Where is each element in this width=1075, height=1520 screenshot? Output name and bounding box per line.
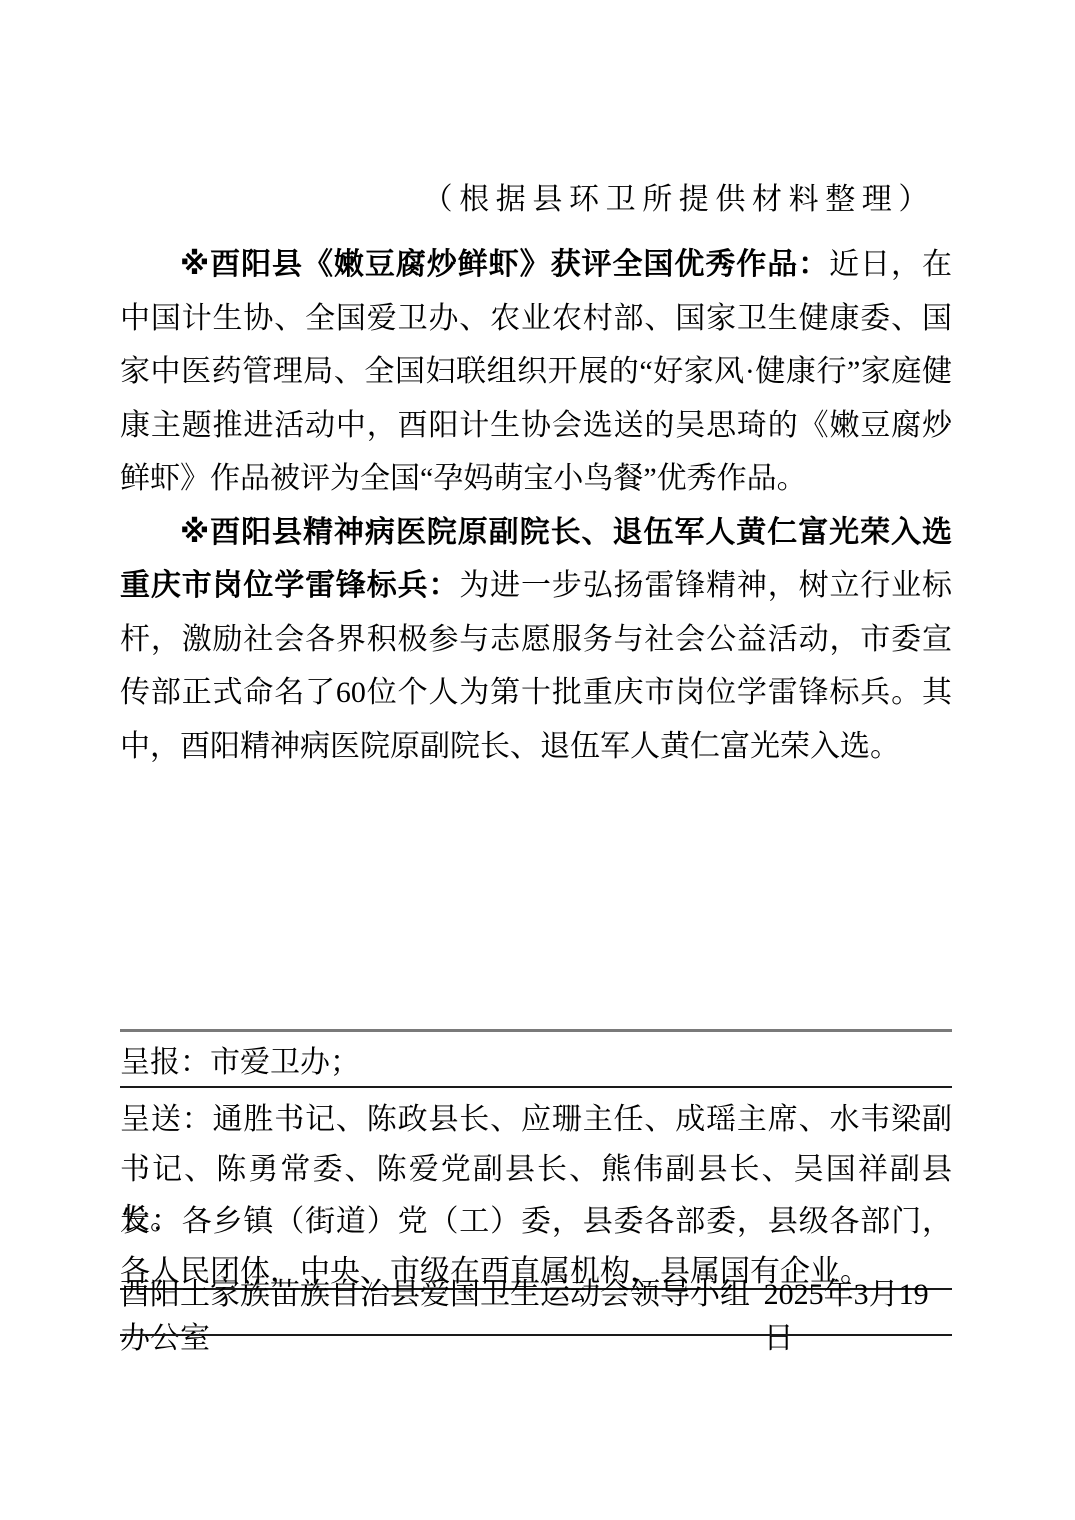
issue-date: 2025年3月19日 [764, 1269, 952, 1357]
issuer-row: 酉阳土家族苗族自治县爱国卫生运动会领导小组办公室 2025年3月19日 [120, 1294, 952, 1332]
document-page: （根据县环卫所提供材料整理） ※酉阳县《嫩豆腐炒鲜虾》获评全国优秀作品：近日，在… [0, 0, 1075, 1520]
paragraph-tofu-award: ※酉阳县《嫩豆腐炒鲜虾》获评全国优秀作品：近日，在中国计生协、全国爱卫办、农业农… [120, 238, 952, 506]
report-to-line: 呈报：市爱卫办； [120, 1038, 952, 1088]
issuer-name: 酉阳土家族苗族自治县爱国卫生运动会领导小组办公室 [120, 1269, 764, 1357]
footer-top-divider [120, 1029, 952, 1032]
paragraph-leifeng-model: ※酉阳县精神病医院原副院长、退伍军人黄仁富光荣入选重庆市岗位学雷锋标兵：为进一步… [120, 506, 952, 774]
source-note: （根据县环卫所提供材料整理） [120, 178, 935, 222]
paragraph-tofu-award-body: 近日，在中国计生协、全国爱卫办、农业农村部、国家卫生健康委、国家中医药管理局、全… [120, 248, 952, 495]
footer-bottom-divider [120, 1334, 952, 1336]
main-content: ※酉阳县《嫩豆腐炒鲜虾》获评全国优秀作品：近日，在中国计生协、全国爱卫办、农业农… [120, 238, 952, 773]
footer-divider-1 [120, 1086, 952, 1088]
paragraph-tofu-award-heading: ※酉阳县《嫩豆腐炒鲜虾》获评全国优秀作品： [180, 248, 829, 281]
